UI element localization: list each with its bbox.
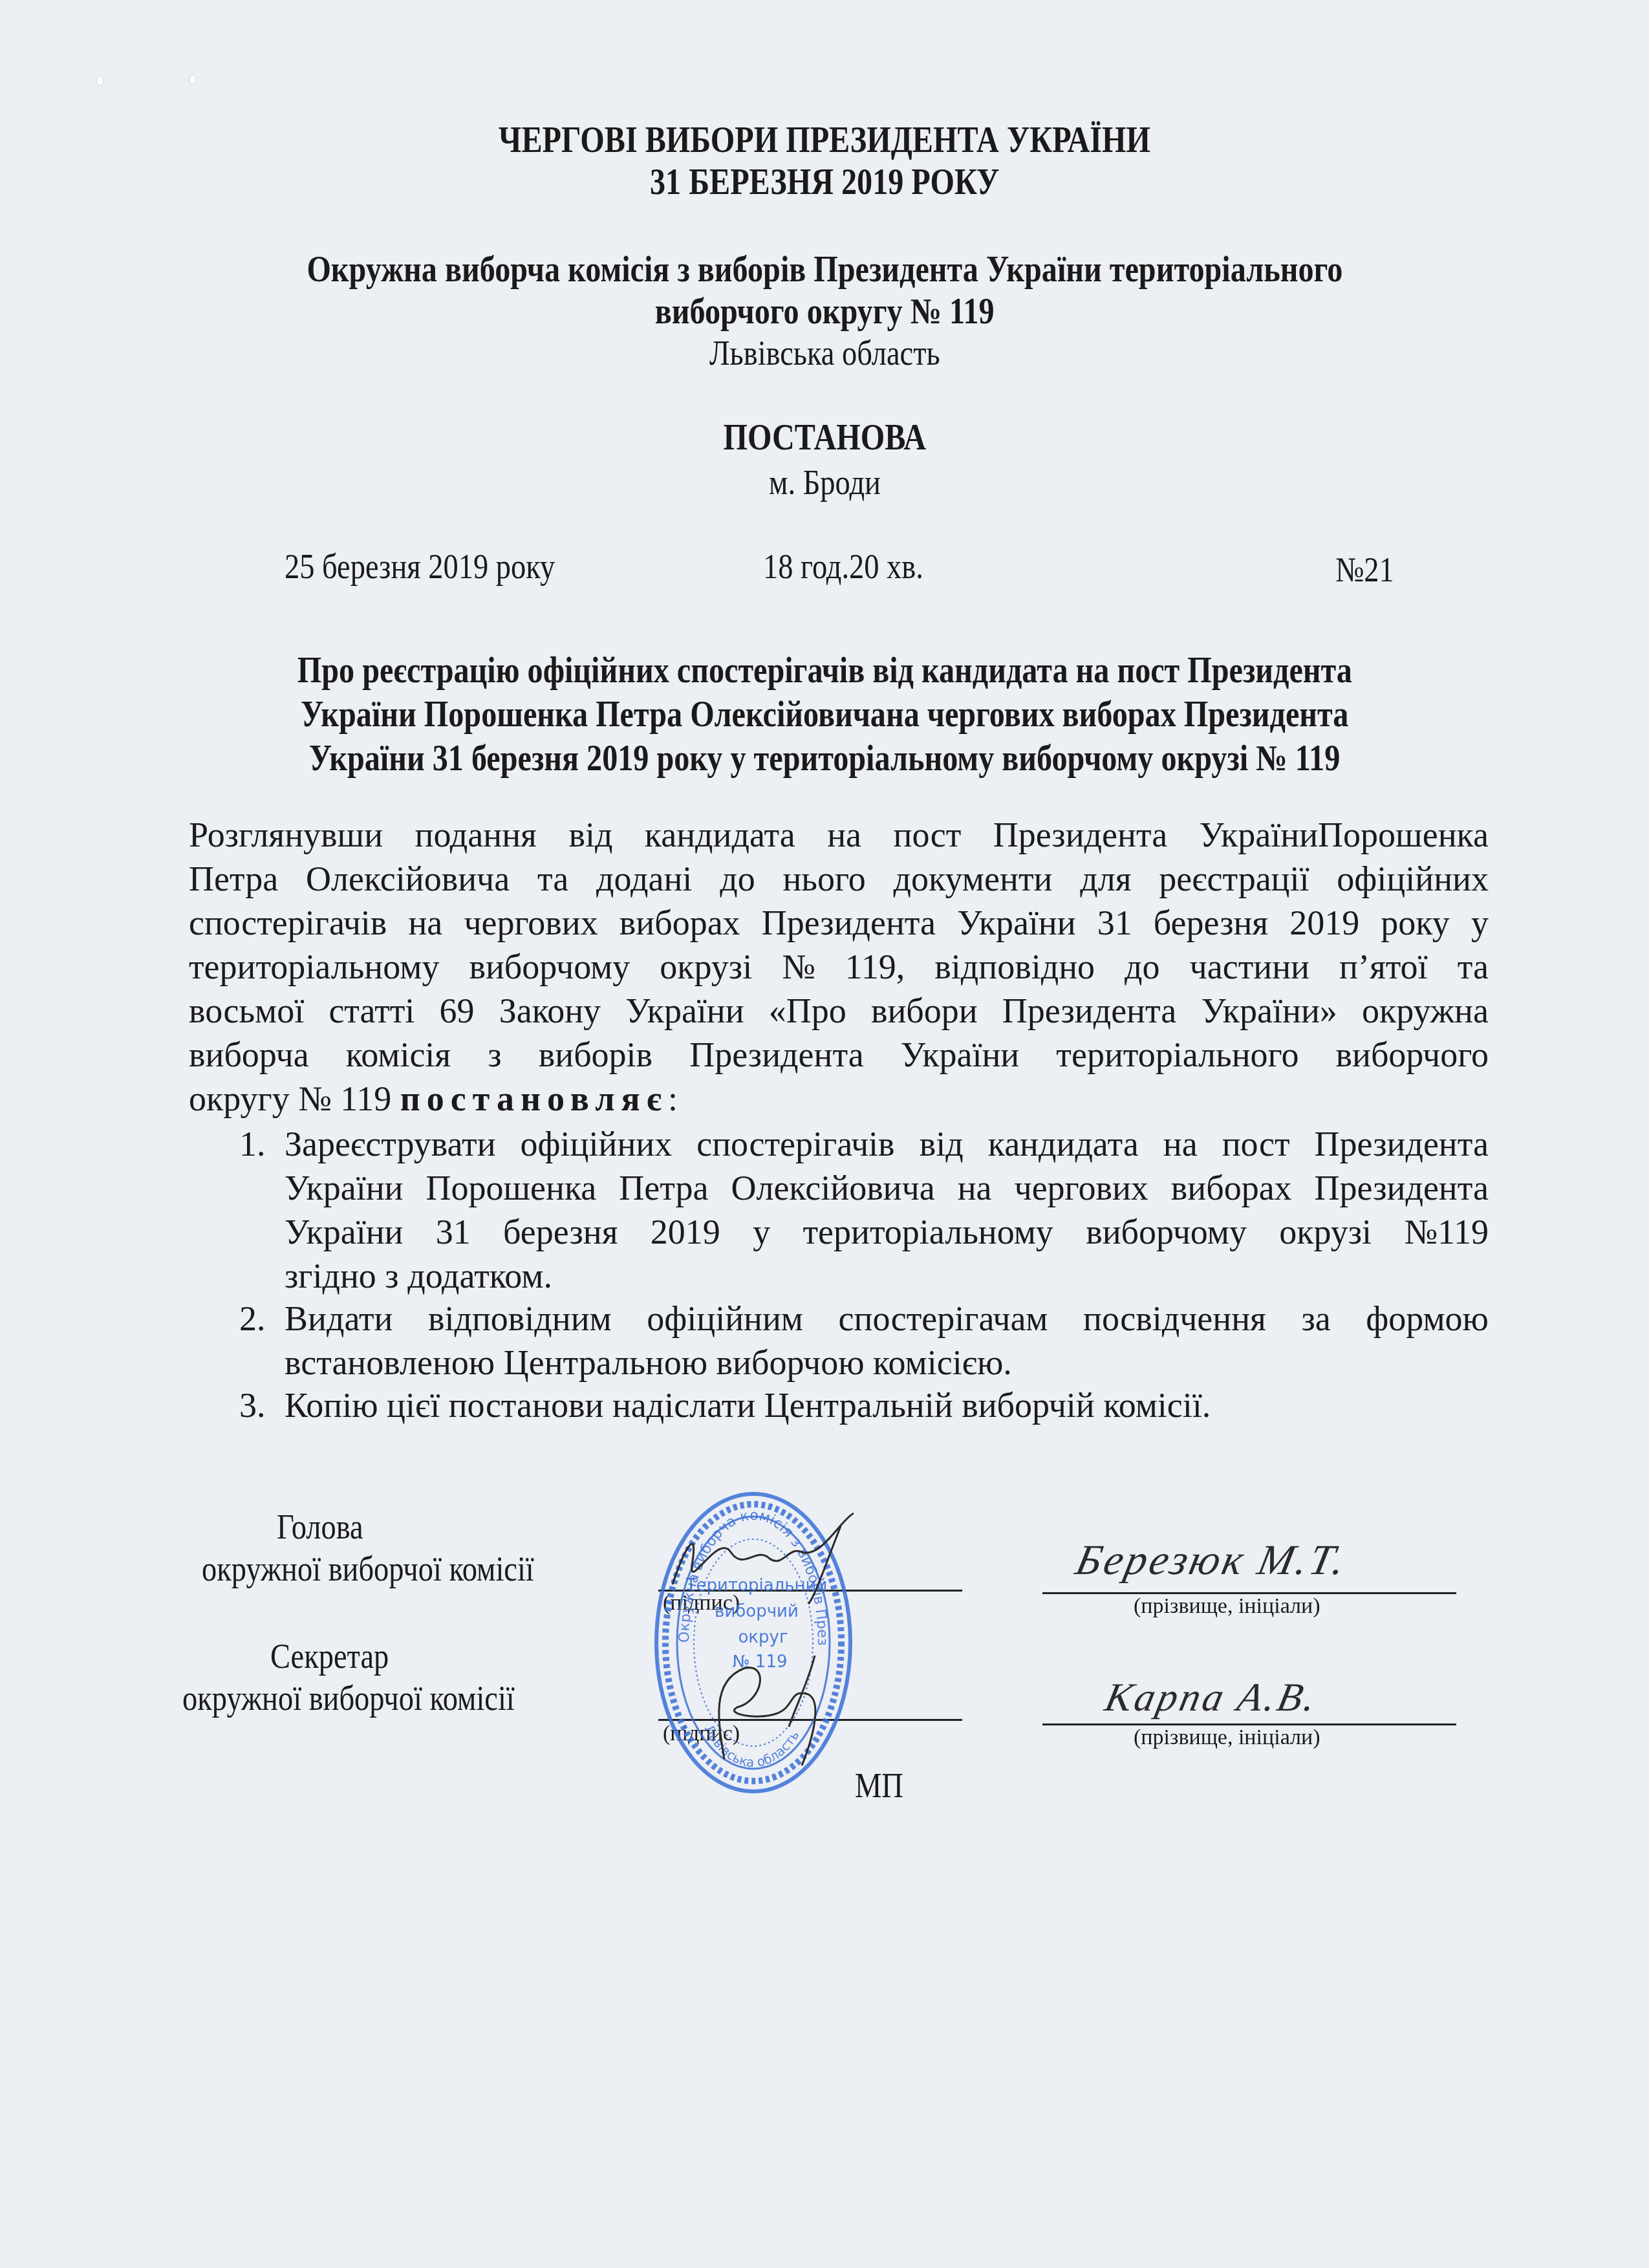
preamble-line: РозглянувшиподаннявідкандидатанапостПрез… <box>189 815 1489 855</box>
secretary-handwritten-name: Карпа А.В. <box>1101 1675 1322 1721</box>
item-number: 2. <box>239 1299 266 1339</box>
secretary-title: Секретар <box>270 1636 408 1676</box>
election-header-line1: ЧЕРГОВІ ВИБОРИ ПРЕЗИДЕНТА УКРАЇНИ <box>0 120 1649 161</box>
chair-title-commission: окружної виборчої комісії <box>202 1549 588 1589</box>
preamble-line: ПетраОлексійовичатадоданідоньогодокумент… <box>189 859 1489 899</box>
item-line: УкраїниПорошенкаПетраОлексійовичаначерго… <box>285 1168 1489 1208</box>
chair-handwritten-name: Березюк М.Т. <box>1072 1536 1352 1585</box>
punch-hole <box>97 76 103 85</box>
resolution-title-line2: України Порошенка Петра Олексійовичана ч… <box>0 694 1649 735</box>
chair-signature-scribble <box>660 1507 879 1617</box>
item-line: Видативідповіднимофіційнимспостерігачамп… <box>285 1299 1489 1339</box>
document-number: №21 <box>1335 550 1404 590</box>
item-number: 1. <box>239 1124 266 1164</box>
secretary-title-commission: окружної виборчої комісії <box>182 1678 568 1718</box>
secretary-name-caption: (прізвище, ініціали) <box>1134 1725 1320 1750</box>
item-last-line: згідно з додатком. <box>285 1256 552 1296</box>
item-line: України31березня2019утериторіальномувибо… <box>285 1212 1489 1252</box>
preamble-last-line: округу № 119 постановляє: <box>189 1079 678 1119</box>
seal-place-mark: МП <box>855 1766 911 1806</box>
preamble-line: спостерігачівначерговихвиборахПрезидента… <box>189 903 1489 943</box>
commission-name-line1: Окружна виборча комісія з виборів Презид… <box>0 249 1649 290</box>
region-label: Львівська область <box>0 333 1649 373</box>
document-date: 25 березня 2019 року <box>285 546 599 587</box>
item-last-line: Копію цієї постанови надіслати Центральн… <box>285 1385 1211 1425</box>
resolution-title-line1: Про реєстрацію офіційних спостерігачів в… <box>0 650 1649 691</box>
resolution-title-line3: України 31 березня 2019 року у територіа… <box>0 738 1649 779</box>
document-type: ПОСТАНОВА <box>0 417 1649 459</box>
chair-name-caption: (прізвище, ініціали) <box>1134 1594 1320 1619</box>
secretary-signature-scribble <box>685 1643 854 1772</box>
election-header-line2: 31 БЕРЕЗНЯ 2019 РОКУ <box>0 162 1649 203</box>
resolves-keyword: постановляє <box>400 1079 668 1118</box>
city-label: м. Броди <box>0 462 1649 502</box>
preamble-line: виборчакомісіязвиборівПрезидентаУкраїнит… <box>189 1035 1489 1075</box>
item-last-line: встановленою Центральною виборчою комісі… <box>285 1343 1012 1383</box>
preamble-line: восьмоїстатті69ЗаконуУкраїни«ПровибориПр… <box>189 991 1489 1031</box>
chair-title: Голова <box>277 1507 377 1547</box>
item-number: 3. <box>239 1385 266 1425</box>
document-time: 18 год.20 хв. <box>763 546 949 587</box>
commission-name-line2: виборчого округу № 119 <box>0 291 1649 332</box>
punch-hole <box>189 75 196 84</box>
preamble-line: територіальномувиборчомуокрузі№119,відпо… <box>189 947 1489 987</box>
item-line: Зареєструватиофіційнихспостерігачіввідка… <box>285 1124 1489 1164</box>
